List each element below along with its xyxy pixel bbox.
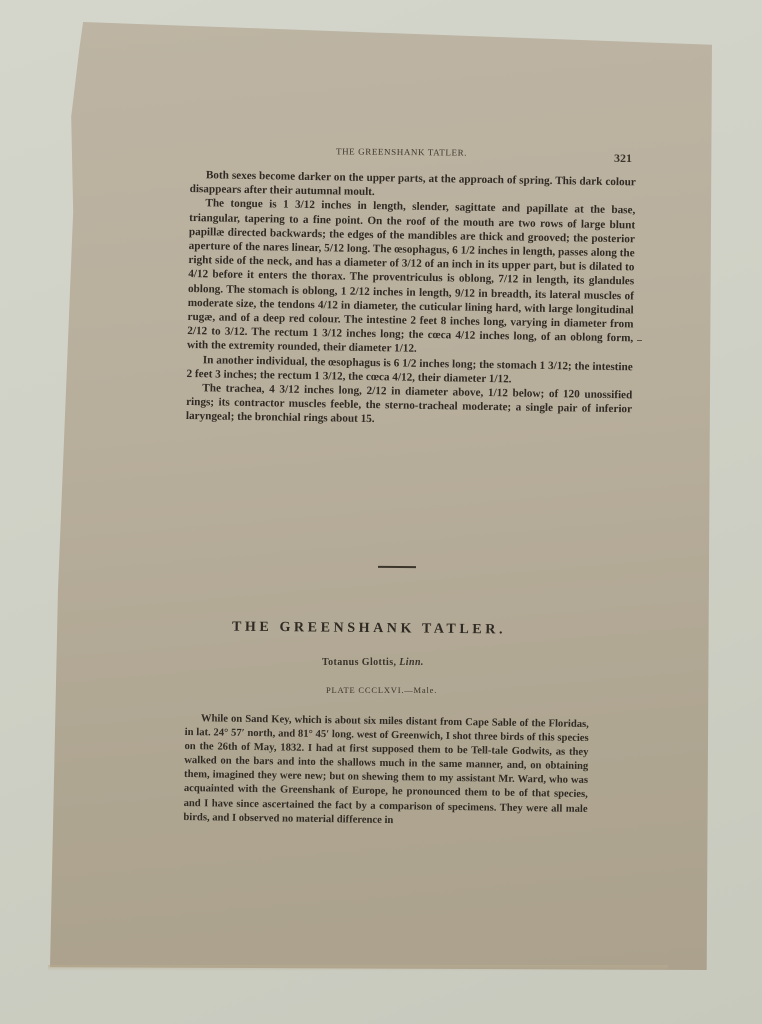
latin-authority: Linn.: [399, 657, 424, 668]
section-title: THE GREENSHANK TATLER.: [232, 620, 506, 639]
book-page: [50, 22, 712, 970]
section-divider: [378, 566, 416, 568]
paragraph: The tongue is 1 3/12 inches in length, s…: [187, 196, 636, 360]
running-head: THE GREENSHANK TATLER.: [336, 146, 467, 157]
scientific-name: Totanus Glottis, Linn.: [322, 657, 424, 668]
page-bottom-edge: [48, 965, 668, 971]
paragraph: The trachea, 4 3/12 inches long, 2/12 in…: [186, 381, 633, 431]
margin-mark: [637, 340, 642, 341]
narrative-text-section: While on Sand Key, which is about six mi…: [183, 712, 589, 831]
anatomy-text-section: Both sexes become darker on the upper pa…: [186, 168, 636, 431]
latin-name: Totanus Glottis,: [322, 657, 396, 668]
page-number: 321: [614, 151, 632, 166]
plate-caption: PLATE CCCLXVI.—Male.: [326, 685, 437, 695]
paragraph: While on Sand Key, which is about six mi…: [183, 712, 589, 831]
